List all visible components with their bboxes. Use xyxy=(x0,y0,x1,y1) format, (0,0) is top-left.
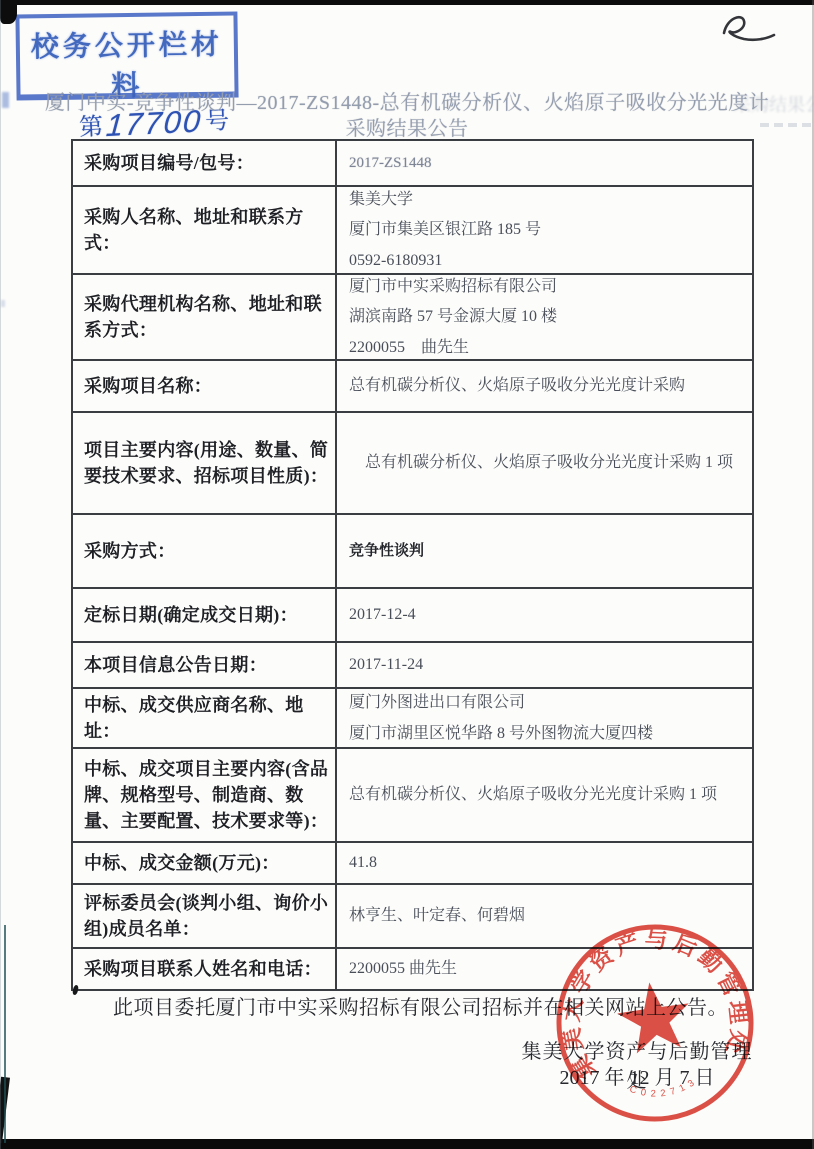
scan-edge-left-teal xyxy=(4,925,6,1143)
value-line: 竞争性谈判 xyxy=(349,542,748,560)
table-row: 定标日期(确定成交日期)： 2017-12-4 xyxy=(73,589,752,643)
row-value: 总有机碳分析仪、火焰原子吸收分光光度计采购 1 项 xyxy=(337,413,752,513)
row-label: 定标日期(确定成交日期)： xyxy=(73,589,337,641)
value-line: 厦门外图进出口有限公司 xyxy=(349,693,748,712)
scan-corner-top-left xyxy=(0,0,17,24)
document-title-line2: 采购结果公告 xyxy=(0,112,814,141)
table-row: 采购项目编号/包号： 2017-ZS1448 xyxy=(73,141,752,187)
value-line: 集美大学 xyxy=(349,190,748,209)
row-label: 评标委员会(谈判小组、询价小组)成员名单： xyxy=(73,885,337,947)
value-line: 41.8 xyxy=(349,853,748,872)
row-label: 采购方式： xyxy=(73,515,337,587)
row-label: 本项目信息公告日期： xyxy=(73,643,337,687)
table-row: 中标、成交供应商名称、地址： 厦门外图进出口有限公司 厦门市湖里区悦华路 8 号… xyxy=(73,689,752,749)
row-value: 总有机碳分析仪、火焰原子吸收分光光度计采购 1 项 xyxy=(337,749,752,841)
value-line: 总有机碳分析仪、火焰原子吸收分光光度计采购 xyxy=(349,376,748,395)
official-seal: 集美大学资产与后勤管理处 C022713 xyxy=(534,902,776,1144)
row-value: 2017-12-4 xyxy=(337,589,752,641)
row-value: 厦门市中实采购招标有限公司 湖滨南路 57 号金源大厦 10 楼 2200055… xyxy=(337,275,752,359)
scan-edge-left xyxy=(0,0,1,1149)
row-label: 采购项目名称： xyxy=(73,361,337,411)
handwritten-stroke xyxy=(724,17,774,40)
row-value: 厦门外图进出口有限公司 厦门市湖里区悦华路 8 号外图物流大厦四楼 xyxy=(337,689,752,747)
row-value: 2017-11-24 xyxy=(337,643,752,687)
scanned-document-page: 校务公开栏材料 第17700号 厦门中实-竞争性谈判—2017-ZS1448-总… xyxy=(0,0,814,1149)
value-line: 厦门市湖里区悦华路 8 号外图物流大厦四楼 xyxy=(349,724,748,743)
table-row: 本项目信息公告日期： 2017-11-24 xyxy=(73,643,752,689)
row-label: 项目主要内容(用途、数量、简要技术要求、招标项目性质)： xyxy=(73,413,337,513)
ink-speck xyxy=(1,300,5,307)
value-line: 湖滨南路 57 号金源大厦 10 楼 xyxy=(349,307,748,326)
ghost-dashes xyxy=(760,123,814,127)
value-line: 2017-12-4 xyxy=(349,605,748,624)
table-row: 项目主要内容(用途、数量、简要技术要求、招标项目性质)： 总有机碳分析仪、火焰原… xyxy=(73,413,752,515)
value-line: 厦门市集美区银江路 185 号 xyxy=(349,220,748,239)
table-row: 采购方式： 竞争性谈判 xyxy=(73,515,752,589)
document-title-line1: 厦门中实-竞争性谈判—2017-ZS1448-总有机碳分析仪、火焰原子吸收分光光… xyxy=(0,86,814,115)
row-label: 采购代理机构名称、地址和联系方式： xyxy=(73,275,337,359)
row-label: 采购项目联系人姓名和电话： xyxy=(73,949,337,989)
seal-serial-number: C022713 xyxy=(627,1074,702,1104)
row-label: 中标、成交项目主要内容(含品牌、规格型号、制造商、数量、主要配置、技术要求等)： xyxy=(73,749,337,841)
table-row: 中标、成交金额(万元)： 41.8 xyxy=(73,843,752,885)
value-line: 总有机碳分析仪、火焰原子吸收分光光度计采购 1 项 xyxy=(349,785,748,804)
value-line: 0592-6180931 xyxy=(349,251,748,270)
row-value: 竞争性谈判 xyxy=(337,515,752,587)
value-line: 厦门市中实采购招标有限公司 xyxy=(349,277,748,296)
row-label: 采购项目编号/包号： xyxy=(73,141,337,185)
table-row: 采购代理机构名称、地址和联系方式： 厦门市中实采购招标有限公司 湖滨南路 57 … xyxy=(73,275,752,361)
value-line: 2017-ZS1448 xyxy=(349,154,748,172)
title-ghost-bleedthrough: 采购结果公告 xyxy=(733,91,814,113)
table-row: 采购项目名称： 总有机碳分析仪、火焰原子吸收分光光度计采购 xyxy=(73,361,752,413)
scan-edge-bottom xyxy=(0,1139,814,1149)
seal-star xyxy=(614,977,695,1055)
table-row: 中标、成交项目主要内容(含品牌、规格型号、制造商、数量、主要配置、技术要求等)：… xyxy=(73,749,752,843)
row-value: 41.8 xyxy=(337,843,752,883)
value-line: 总有机碳分析仪、火焰原子吸收分光光度计采购 1 项 xyxy=(365,453,748,472)
row-label: 中标、成交供应商名称、地址： xyxy=(73,689,337,747)
row-label: 中标、成交金额(万元)： xyxy=(73,843,337,883)
value-line: 2200055 曲先生 xyxy=(349,338,748,357)
row-value: 总有机碳分析仪、火焰原子吸收分光光度计采购 xyxy=(337,361,752,411)
table-row: 采购人名称、地址和联系方式： 集美大学 厦门市集美区银江路 185 号 0592… xyxy=(73,187,752,275)
scan-edge-top xyxy=(0,0,814,5)
row-label: 采购人名称、地址和联系方式： xyxy=(73,187,337,273)
handwritten-page-number-mark xyxy=(716,11,780,47)
row-value: 2017-ZS1448 xyxy=(337,141,752,185)
value-line: 2017-11-24 xyxy=(349,655,748,674)
procurement-result-table: 采购项目编号/包号： 2017-ZS1448 采购人名称、地址和联系方式： 集美… xyxy=(71,139,754,991)
row-value: 集美大学 厦门市集美区银江路 185 号 0592-6180931 xyxy=(337,187,752,273)
